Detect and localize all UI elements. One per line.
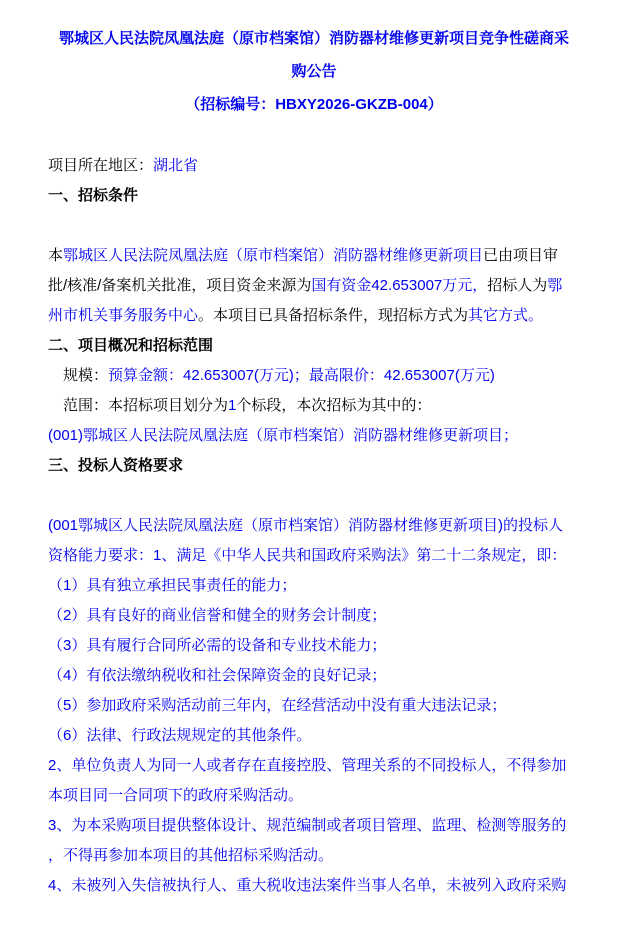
text-segment: 规模：: [63, 367, 108, 384]
text-segment: 。本项目已具备招标条件，现招标方式为: [198, 307, 468, 324]
body-line: 资格能力要求：1、满足《中华人民共和国政府采购法》第二十二条规定，即：: [48, 541, 580, 571]
section-heading-3: 三、投标人资格要求: [48, 451, 580, 481]
text-segment: 预算金额：42.653007(万元)；最高限价：42.653007(万元): [108, 367, 495, 384]
text-segment: 湖北省: [153, 157, 198, 174]
clause-3-line-2: ，不得再参加本项目的其他招标采购活动。: [48, 841, 580, 871]
text-segment: 项目所在地区：: [48, 157, 153, 174]
text-segment: 鄂城区人民法院凤凰法庭（原市档案馆）消防器材维修更新项目: [63, 247, 483, 264]
requirement-line-5: （5）参加政府采购活动前三年内，在经营活动中没有重大违法记录；: [48, 691, 580, 721]
text-segment: 鄂: [547, 277, 562, 294]
text-segment: 个标段，本次招标为其中的：: [236, 397, 431, 414]
text-segment: 已由项目审: [483, 247, 558, 264]
lot-line: (001)鄂城区人民法院凤凰法庭（原市档案馆）消防器材维修更新项目；: [48, 421, 580, 451]
text-segment: （2）具有良好的商业信誉和健全的财务会计制度；: [48, 607, 386, 624]
doc-title-line-2: 购公告: [48, 55, 580, 88]
text-segment: （6）法律、行政法规规定的其他条件。: [48, 727, 311, 744]
text-segment: （1）具有独立承担民事责任的能力；: [48, 577, 296, 594]
text-segment: (001)鄂城区人民法院凤凰法庭（原市档案馆）消防器材维修更新项目；: [48, 427, 518, 444]
text-segment: 一、招标条件: [48, 187, 138, 204]
requirement-line-2: （2）具有良好的商业信誉和健全的财务会计制度；: [48, 601, 580, 631]
scale-line: 规模：预算金额：42.653007(万元)；最高限价：42.653007(万元): [48, 361, 580, 391]
text-segment: 州市机关事务服务中心: [48, 307, 198, 324]
text-segment: ，不得再参加本项目的其他招标采购活动。: [48, 847, 333, 864]
text-segment: （4）有依法缴纳税收和社会保障资金的良好记录；: [48, 667, 386, 684]
body-line: (001鄂城区人民法院凤凰法庭（原市档案馆）消防器材维修更新项目)的投标人: [48, 511, 580, 541]
body-line: 批/核准/备案机关批准，项目资金来源为国有资金42.653007万元，招标人为鄂: [48, 271, 580, 301]
document-body: 鄂城区人民法院凤凰法庭（原市档案馆）消防器材维修更新项目竞争性磋商采购公告（招标…: [48, 22, 580, 901]
section-heading-1: 一、招标条件: [48, 181, 580, 211]
text-segment: (001鄂城区人民法院凤凰法庭（原市档案馆）消防器材维修更新项目)的投标人: [48, 517, 563, 534]
text-segment: 2、单位负责人为同一人或者存在直接控股、管理关系的不同投标人，不得参加: [48, 757, 566, 774]
tender-number-line: （招标编号：HBXY2026-GKZB-004）: [48, 88, 580, 121]
requirement-line-6: （6）法律、行政法规规定的其他条件。: [48, 721, 580, 751]
text-segment: （5）参加政府采购活动前三年内，在经营活动中没有重大违法记录；: [48, 697, 506, 714]
text-segment: （3）具有履行合同所必需的设备和专业技术能力；: [48, 637, 386, 654]
clause-4-line-1: 4、未被列入失信被执行人、重大税收违法案件当事人名单，未被列入政府采购: [48, 871, 580, 901]
text-segment: 4、未被列入失信被执行人、重大税收违法案件当事人名单，未被列入政府采购: [48, 877, 566, 894]
body-line: 本鄂城区人民法院凤凰法庭（原市档案馆）消防器材维修更新项目已由项目审: [48, 241, 580, 271]
text-segment: 批/核准/备案机关批准，项目资金来源为: [48, 277, 311, 294]
text-segment: 购公告: [291, 63, 336, 80]
location-line: 项目所在地区：湖北省: [48, 151, 580, 181]
document-page: 鄂城区人民法院凤凰法庭（原市档案馆）消防器材维修更新项目竞争性磋商采购公告（招标…: [0, 0, 627, 925]
requirement-line-3: （3）具有履行合同所必需的设备和专业技术能力；: [48, 631, 580, 661]
text-segment: 三、投标人资格要求: [48, 457, 183, 474]
text-segment: 范围：本招标项目划分为: [63, 397, 228, 414]
text-segment: 鄂城区人民法院凤凰法庭（原市档案馆）消防器材维修更新项目竞争性磋商采: [59, 30, 569, 47]
text-segment: 本: [48, 247, 63, 264]
doc-title-line-1: 鄂城区人民法院凤凰法庭（原市档案馆）消防器材维修更新项目竞争性磋商采: [48, 22, 580, 55]
text-segment: 二、项目概况和招标范围: [48, 337, 213, 354]
text-segment: 其它方式。: [468, 307, 543, 324]
text-segment: 3、为本采购项目提供整体设计、规范编制或者项目管理、监理、检测等服务的: [48, 817, 566, 834]
clause-3-line-1: 3、为本采购项目提供整体设计、规范编制或者项目管理、监理、检测等服务的: [48, 811, 580, 841]
clause-2-line-2: 本项目同一合同项下的政府采购活动。: [48, 781, 580, 811]
text-segment: 资格能力要求：1、满足《中华人民共和国政府采购法》第二十二条规定，即：: [48, 547, 566, 564]
text-segment: 本项目同一合同项下的政府采购活动。: [48, 787, 303, 804]
section-heading-2: 二、项目概况和招标范围: [48, 331, 580, 361]
scope-line: 范围：本招标项目划分为1个标段，本次招标为其中的：: [48, 391, 580, 421]
requirement-line-4: （4）有依法缴纳税收和社会保障资金的良好记录；: [48, 661, 580, 691]
requirement-line-1: （1）具有独立承担民事责任的能力；: [48, 571, 580, 601]
clause-2-line-1: 2、单位负责人为同一人或者存在直接控股、管理关系的不同投标人，不得参加: [48, 751, 580, 781]
body-line: 州市机关事务服务中心。本项目已具备招标条件，现招标方式为其它方式。: [48, 301, 580, 331]
text-segment: 国有资金42.653007万元，: [311, 277, 487, 294]
text-segment: 招标人为: [487, 277, 547, 294]
text-segment: （招标编号：HBXY2026-GKZB-004）: [185, 96, 443, 113]
